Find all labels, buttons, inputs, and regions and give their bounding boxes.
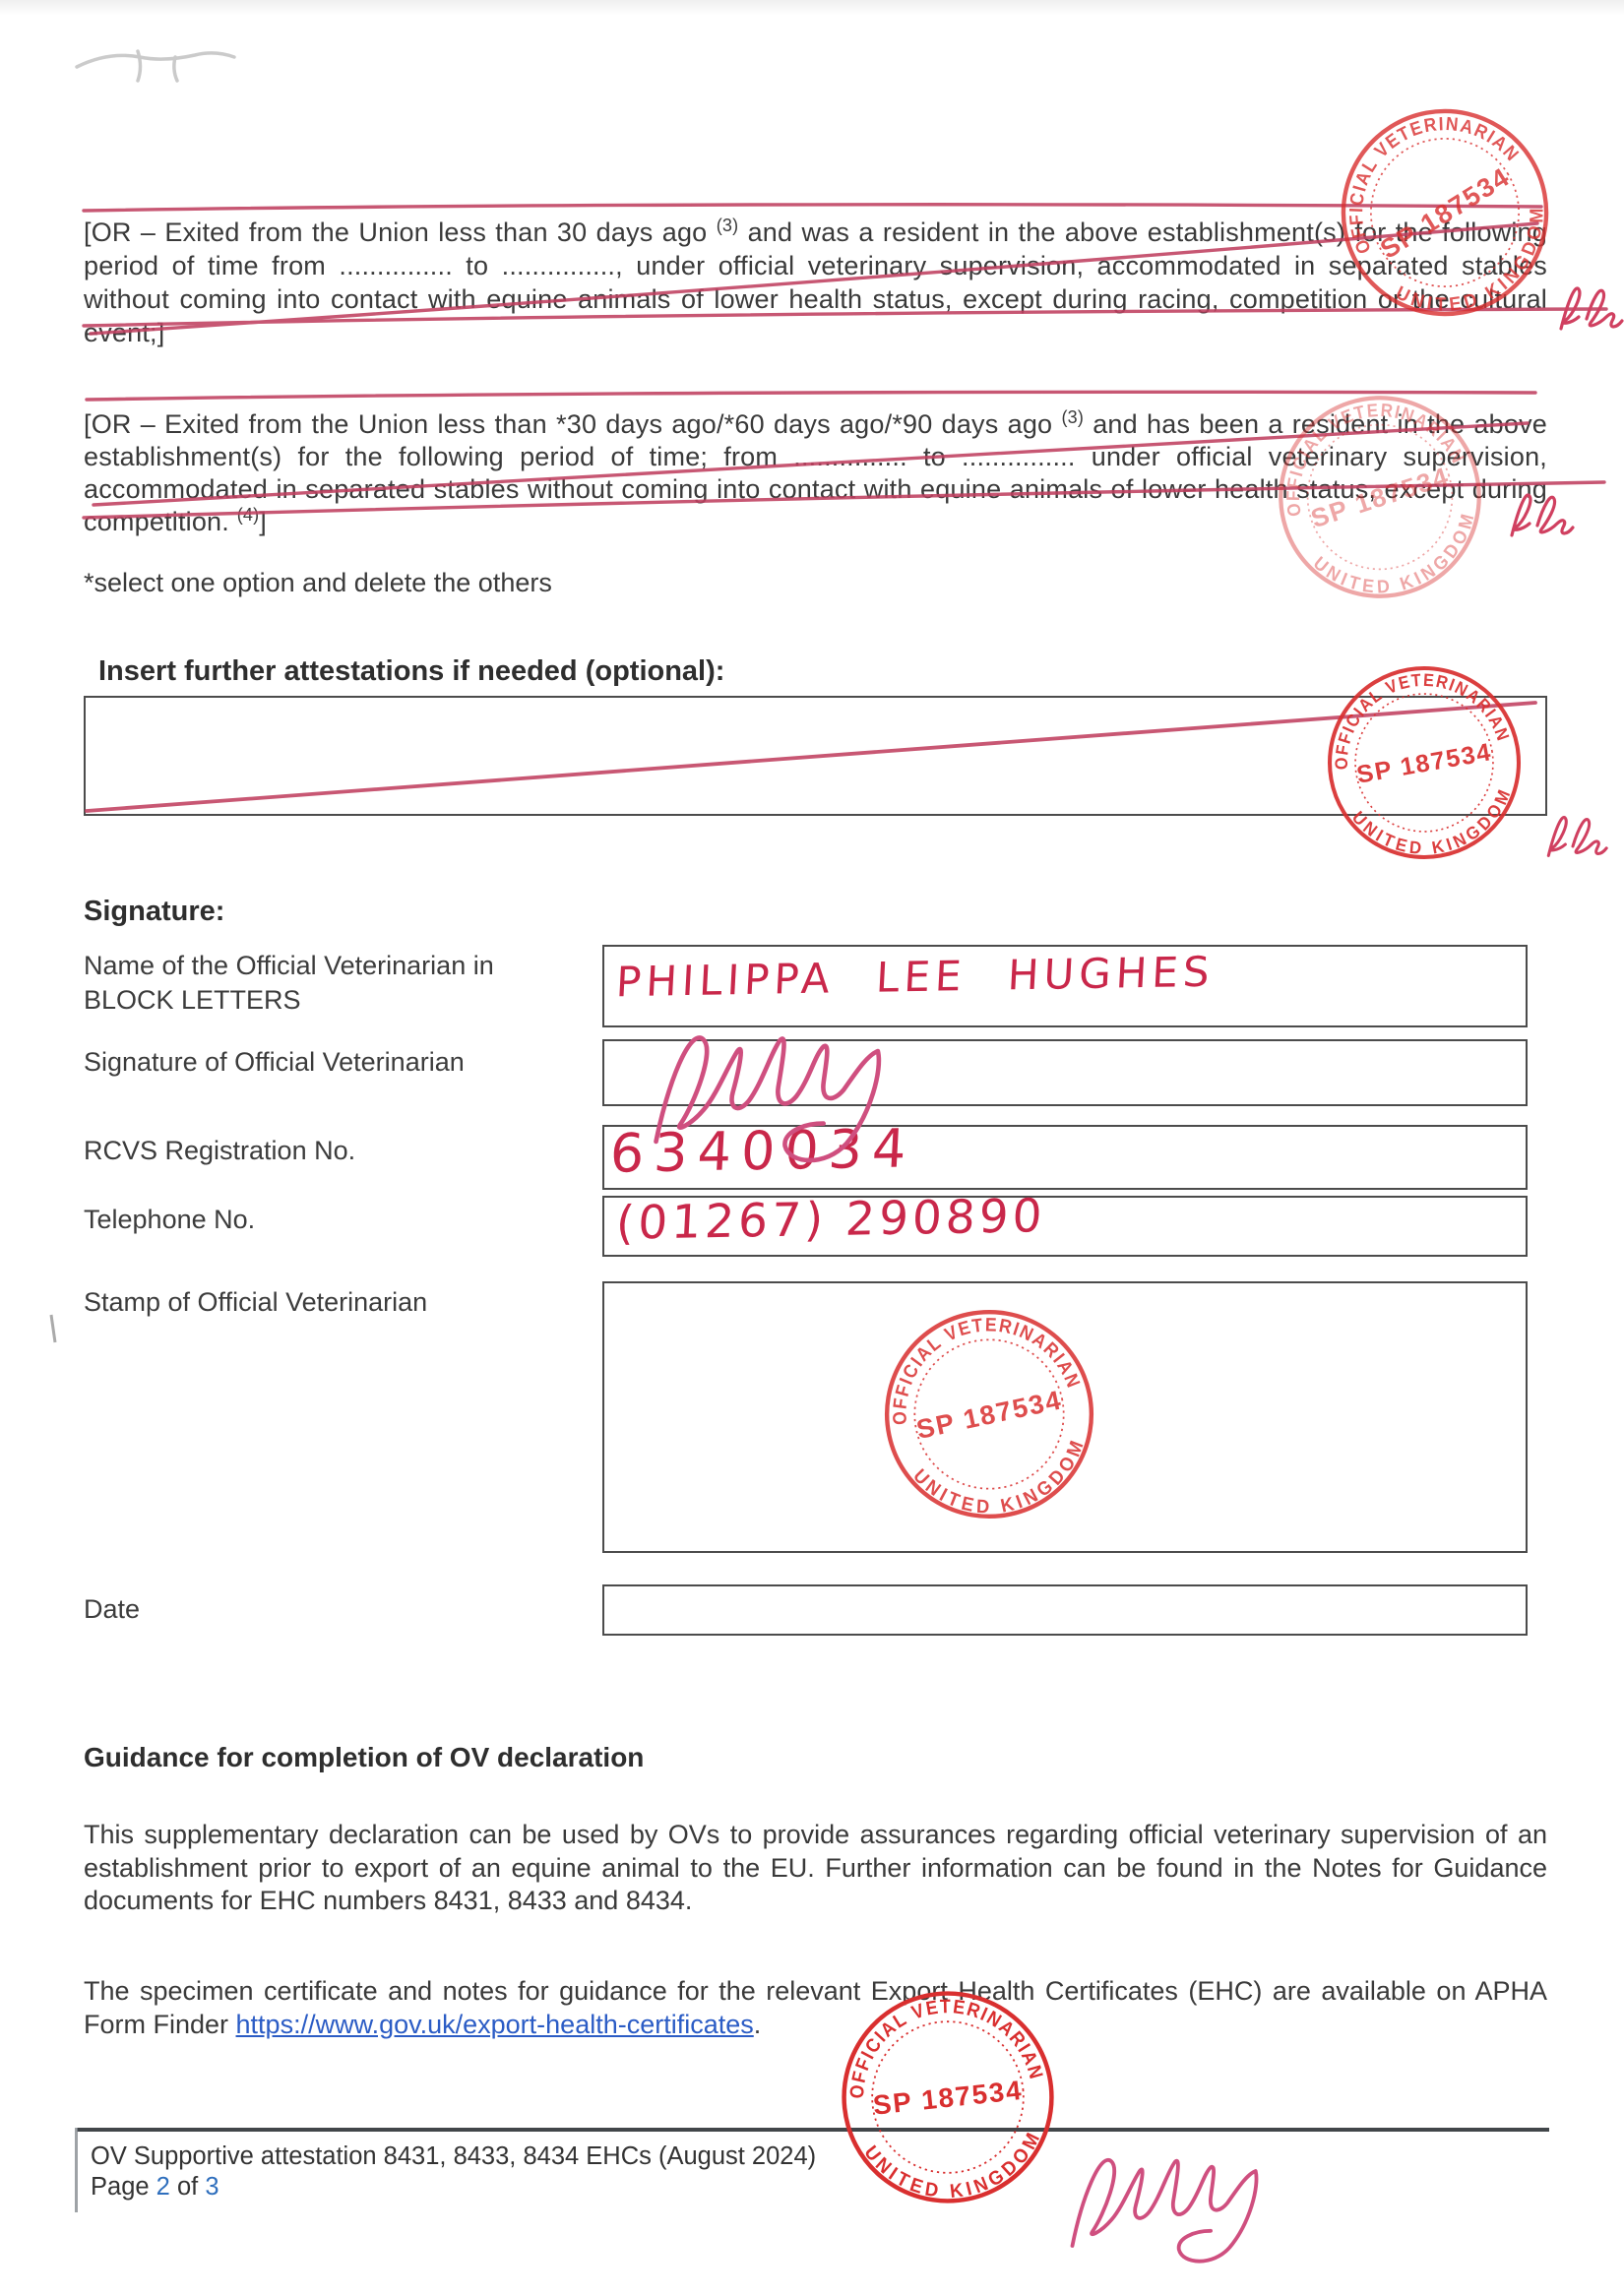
scan-top-edge — [0, 0, 1624, 16]
stamp-arc-bottom-text: UNITED KINGDOM — [858, 2124, 1052, 2211]
footer-page-indicator: Page 2 of 3 — [91, 2172, 816, 2203]
footer-doc-ref: OV Supportive attestation 8431, 8433, 84… — [91, 2141, 816, 2172]
stamp-center-text: SP 187534 — [872, 2075, 1025, 2121]
footnote-ref-3: (3) — [717, 216, 739, 235]
signature-field-box — [602, 1039, 1528, 1106]
select-option-note: *select one option and delete the others — [84, 568, 552, 598]
guidance-heading: Guidance for completion of OV declaratio… — [84, 1742, 644, 1773]
guidance-paragraph-2: The specimen certificate and notes for g… — [84, 1974, 1547, 2041]
ov-initials — [1561, 288, 1622, 329]
ov-initials — [1548, 817, 1606, 855]
rcvs-field-label: RCVS Registration No. — [84, 1134, 576, 1168]
footer-rule — [77, 2128, 1549, 2132]
scan-mark — [51, 1315, 55, 1342]
footer: OV Supportive attestation 8431, 8433, 84… — [91, 2141, 816, 2203]
footnote-ref-3: (3) — [1061, 407, 1084, 427]
date-field-box — [602, 1584, 1528, 1636]
strike-line — [84, 205, 1541, 211]
apha-form-finder-link[interactable]: https://www.gov.uk/export-health-certifi… — [236, 2010, 754, 2039]
scanned-document-page: [OR – Exited from the Union less than 30… — [0, 0, 1624, 2296]
footnote-ref-4: (4) — [237, 505, 260, 525]
date-field-label: Date — [84, 1592, 576, 1627]
stamp-field-label: Stamp of Official Veterinarian — [84, 1285, 576, 1320]
telephone-field-label: Telephone No. — [84, 1203, 576, 1237]
rcvs-field-value: 6340034 — [608, 1117, 917, 1184]
stamp-field-box — [602, 1281, 1528, 1553]
footer-page-number: 2 — [156, 2173, 170, 2201]
footer-signature — [1073, 2160, 1257, 2262]
insert-attestations-heading: Insert further attestations if needed (o… — [98, 655, 724, 688]
pen-smudge — [77, 51, 234, 81]
telephone-field-value: (01267) 290890 — [615, 1189, 1047, 1251]
name-field-label: Name of the Official Veterinarian in BLO… — [84, 949, 576, 1018]
guidance-paragraph-1: This supplementary declaration can be us… — [84, 1819, 1547, 1918]
strike-line — [87, 392, 1535, 400]
footer-left-border — [75, 2128, 78, 2212]
signature-field-label: Signature of Official Veterinarian — [84, 1045, 576, 1080]
struck-option-paragraph-2: [OR – Exited from the Union less than *3… — [84, 408, 1547, 538]
signature-heading: Signature: — [84, 896, 224, 928]
struck-option-paragraph-1: [OR – Exited from the Union less than 30… — [84, 216, 1547, 349]
attestation-box — [84, 696, 1547, 816]
footer-page-total: 3 — [205, 2173, 219, 2201]
